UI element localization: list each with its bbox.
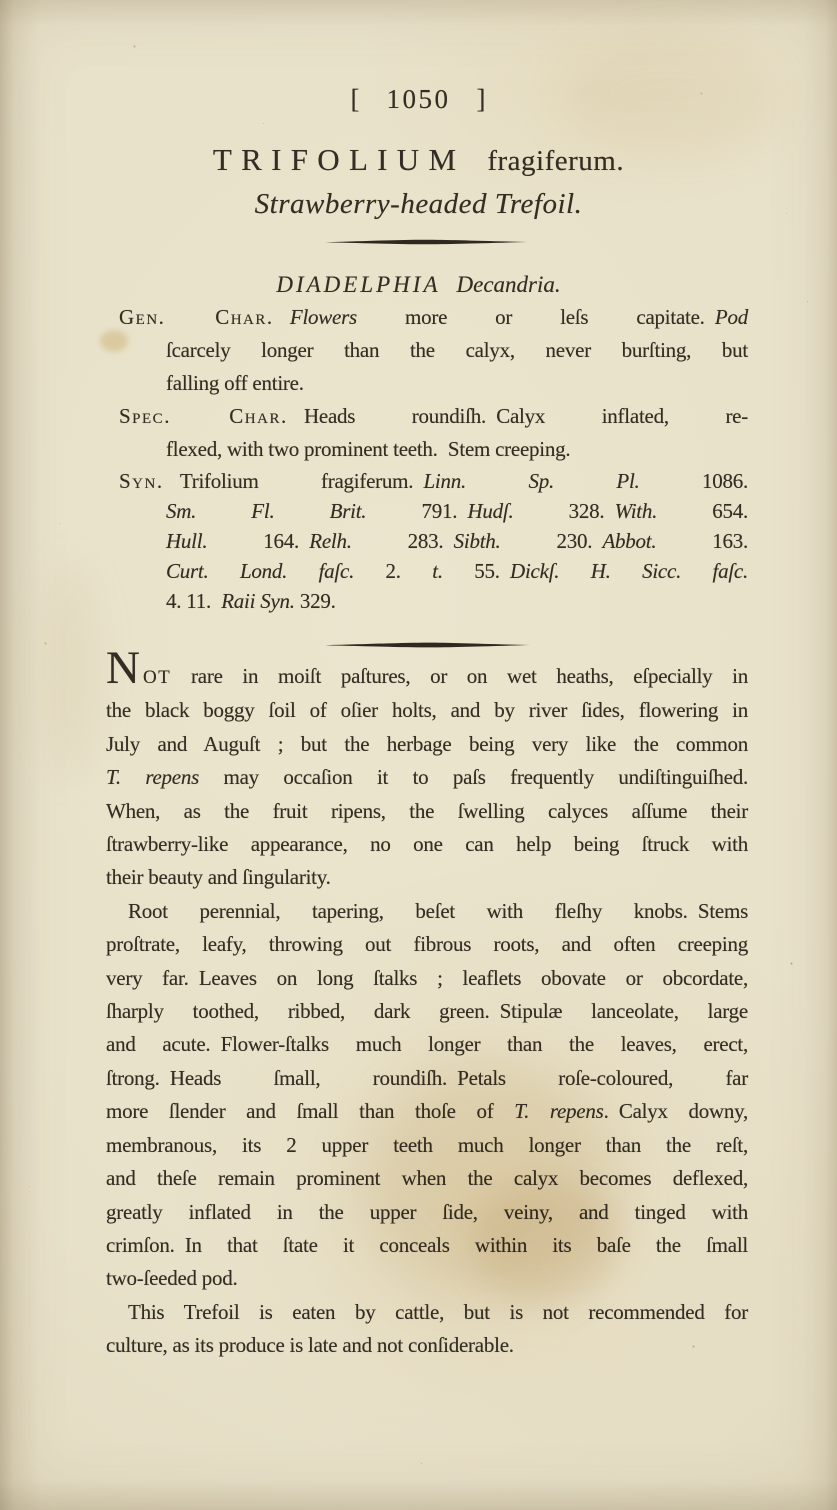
text-segment: flexed, with two prominent teeth. Stem c…	[166, 437, 570, 461]
text-segment: ſharply toothed, ribbed, dark green. Sti…	[106, 999, 748, 1023]
text-line: NOT rare in moiſt paſtures, or on wet he…	[106, 660, 748, 694]
text-segment: 55.	[443, 559, 510, 583]
swell-rule-divider	[325, 636, 530, 654]
taxonomy-order: Decandria.	[457, 272, 561, 297]
text-line: T. repens may occaſion it to paſs freque…	[106, 761, 748, 794]
drop-cap: N	[106, 642, 141, 694]
text-line: flexed, with two prominent teeth. Stem c…	[166, 433, 748, 466]
text-segment: Relh.	[309, 529, 351, 553]
text-line: falling off entire.	[166, 367, 748, 400]
text-segment: When, as the fruit ripens, the ſwelling …	[106, 799, 748, 823]
gen-char-section: Gen. Char. Flowers more or leſs capitate…	[106, 301, 748, 400]
section-label: Gen. Char.	[119, 305, 274, 329]
text-segment: the black boggy ſoil of oſier holts, and…	[106, 698, 748, 722]
text-line: Hull. 164. Relh. 283. Sibth. 230. Abbot.…	[166, 526, 748, 556]
common-name: Strawberry-headed Trefoil.	[0, 186, 837, 222]
bracket-left: [	[351, 84, 361, 114]
text-line: Gen. Char. Flowers more or leſs capitate…	[119, 301, 748, 334]
text-segment: With.	[615, 499, 658, 523]
title-species: fragiferum.	[487, 145, 624, 177]
text-segment: Trifolium fragiferum.	[170, 469, 424, 493]
text-segment: proſtrate, leafy, throwing out fibrous r…	[106, 932, 748, 956]
text-line: the black boggy ſoil of oſier holts, and…	[106, 694, 748, 727]
section-label: Spec. Char.	[119, 404, 288, 428]
text-segment: 230.	[501, 529, 603, 553]
text-segment: may occaſion it to paſs frequently undiſ…	[199, 765, 748, 789]
text-segment: Flowers	[290, 305, 357, 329]
text-line: two-ſeeded pod.	[106, 1262, 748, 1295]
text-line: July and Auguſt ; but the herbage being …	[106, 728, 748, 761]
text-block: Gen. Char. Flowers more or leſs capitate…	[106, 301, 748, 1363]
text-segment: rare in moiſt paſtures, or on wet heaths…	[171, 664, 748, 688]
text-segment: Pod	[715, 305, 748, 329]
text-segment: . Calyx downy,	[604, 1099, 748, 1123]
taxonomy-class: DIADELPHIA	[276, 272, 440, 297]
text-line: Syn. Trifolium fragiferum. Linn. Sp. Pl.…	[119, 466, 748, 496]
page-number: [1050]	[0, 84, 837, 114]
text-line: ſcarcely longer than the calyx, never bu…	[166, 334, 748, 367]
text-segment: 1086.	[640, 469, 748, 493]
text-segment: Heads roundiſh. Calyx inflated, re-	[294, 404, 748, 428]
text-line: crimſon. In that ſtate it conceals withi…	[106, 1229, 748, 1262]
text-segment: T. repens	[106, 765, 199, 789]
text-line: Root perennial, tapering, beſet with fle…	[106, 895, 748, 928]
text-line: and theſe remain prominent when the caly…	[106, 1162, 748, 1195]
text-line: very far. Leaves on long ſtalks ; leafle…	[106, 962, 748, 995]
text-line: When, as the fruit ripens, the ſwelling …	[106, 795, 748, 828]
text-segment: 791.	[366, 499, 467, 523]
text-segment	[280, 305, 290, 329]
text-line: more ſlender and ſmall than thoſe of T. …	[106, 1095, 748, 1128]
text-segment: 4. 11.	[166, 589, 221, 613]
text-segment: 2.	[354, 559, 432, 583]
text-segment: 163.	[656, 529, 748, 553]
text-line: Sm. Fl. Brit. 791. Hudſ. 328. With. 654.	[166, 496, 748, 526]
synonyms-section: Syn. Trifolium fragiferum. Linn. Sp. Pl.…	[106, 466, 748, 616]
body-paragraph-3: This Trefoil is eaten by cattle, but is …	[106, 1296, 748, 1363]
text-segment: falling off entire.	[166, 371, 304, 395]
paper-stain	[40, 560, 100, 780]
text-line: Spec. Char. Heads roundiſh. Calyx inflat…	[119, 400, 748, 433]
text-line: membranous, its 2 upper teeth much longe…	[106, 1129, 748, 1162]
text-segment: and acute. Flower-ſtalks much longer tha…	[106, 1032, 748, 1056]
text-segment: Sibth.	[454, 529, 501, 553]
swell-rule-icon	[325, 238, 527, 246]
text-segment: 164.	[207, 529, 309, 553]
text-segment: Abbot.	[602, 529, 656, 553]
text-line: and acute. Flower-ſtalks much longer tha…	[106, 1028, 748, 1061]
page-title: TRIFOLIUMfragiferum.	[0, 140, 837, 186]
text-segment: their beauty and ſingularity.	[106, 865, 331, 889]
text-line: This Trefoil is eaten by cattle, but is …	[106, 1296, 748, 1329]
text-segment: Dickſ. H. Sicc. faſc.	[510, 559, 748, 583]
swell-rule-icon	[325, 641, 530, 649]
text-line: ſtrawberry-like appearance, no one can h…	[106, 828, 748, 861]
text-segment: July and Auguſt ; but the herbage being …	[106, 732, 748, 756]
text-segment: Linn. Sp. Pl.	[424, 469, 640, 493]
text-line: greatly inflated in the upper ſide, vein…	[106, 1196, 748, 1229]
text-segment: 328.	[513, 499, 614, 523]
text-segment: T. repens	[514, 1099, 603, 1123]
taxonomy-line: DIADELPHIADecandria.	[0, 270, 837, 300]
text-segment: t.	[432, 559, 443, 583]
text-line: 4. 11. Raii Syn. 329.	[166, 586, 748, 616]
text-line: proſtrate, leafy, throwing out fibrous r…	[106, 928, 748, 961]
text-segment: membranous, its 2 upper teeth much longe…	[106, 1133, 748, 1157]
text-line: culture, as its produce is late and not …	[106, 1329, 748, 1362]
title-genus: TRIFOLIUM	[213, 142, 465, 177]
text-segment: more ſlender and ſmall than thoſe of	[106, 1099, 514, 1123]
text-segment: Hudſ.	[467, 499, 513, 523]
text-line: ſharply toothed, ribbed, dark green. Sti…	[106, 995, 748, 1028]
text-segment: and theſe remain prominent when the caly…	[106, 1166, 748, 1190]
text-line: their beauty and ſingularity.	[106, 861, 748, 894]
text-line: Curt. Lond. faſc. 2. t. 55. Dickſ. H. Si…	[166, 556, 748, 586]
text-segment: Hull.	[166, 529, 207, 553]
book-page: [1050] TRIFOLIUMfragiferum. Strawberry-h…	[0, 0, 837, 1510]
text-segment: Sm. Fl. Brit.	[166, 499, 366, 523]
text-segment: more or leſs capitate.	[357, 305, 715, 329]
body-paragraph-1: NOT rare in moiſt paſtures, or on wet he…	[106, 660, 748, 895]
section-label: Syn.	[119, 469, 164, 493]
text-segment: 654.	[657, 499, 748, 523]
text-segment: OT	[143, 667, 171, 688]
text-segment: crimſon. In that ſtate it conceals withi…	[106, 1233, 748, 1257]
text-segment: culture, as its produce is late and not …	[106, 1333, 514, 1357]
text-segment: 329.	[295, 589, 336, 613]
text-segment: ſtrawberry-like appearance, no one can h…	[106, 832, 748, 856]
text-segment: Raii Syn.	[221, 589, 295, 613]
text-segment: two-ſeeded pod.	[106, 1266, 238, 1290]
text-segment: ſtrong. Heads ſmall, roundiſh. Petals ro…	[106, 1066, 748, 1090]
text-segment: This Trefoil is eaten by cattle, but is …	[128, 1300, 748, 1324]
text-segment: very far. Leaves on long ſtalks ; leafle…	[106, 966, 748, 990]
text-segment: greatly inflated in the upper ſide, vein…	[106, 1200, 748, 1224]
page-header: [1050] TRIFOLIUMfragiferum. Strawberry-h…	[0, 0, 837, 300]
text-segment: 283.	[352, 529, 454, 553]
text-line: ſtrong. Heads ſmall, roundiſh. Petals ro…	[106, 1062, 748, 1095]
spec-char-section: Spec. Char. Heads roundiſh. Calyx inflat…	[106, 400, 748, 466]
text-segment: Curt. Lond. faſc.	[166, 559, 354, 583]
text-segment: Root perennial, tapering, beſet with fle…	[128, 899, 748, 923]
bracket-right: ]	[477, 84, 487, 114]
folio-number: 1050	[387, 84, 451, 114]
swell-rule-top	[325, 238, 530, 246]
text-segment: ſcarcely longer than the calyx, never bu…	[166, 338, 748, 362]
body-paragraph-2: Root perennial, tapering, beſet with fle…	[106, 895, 748, 1296]
